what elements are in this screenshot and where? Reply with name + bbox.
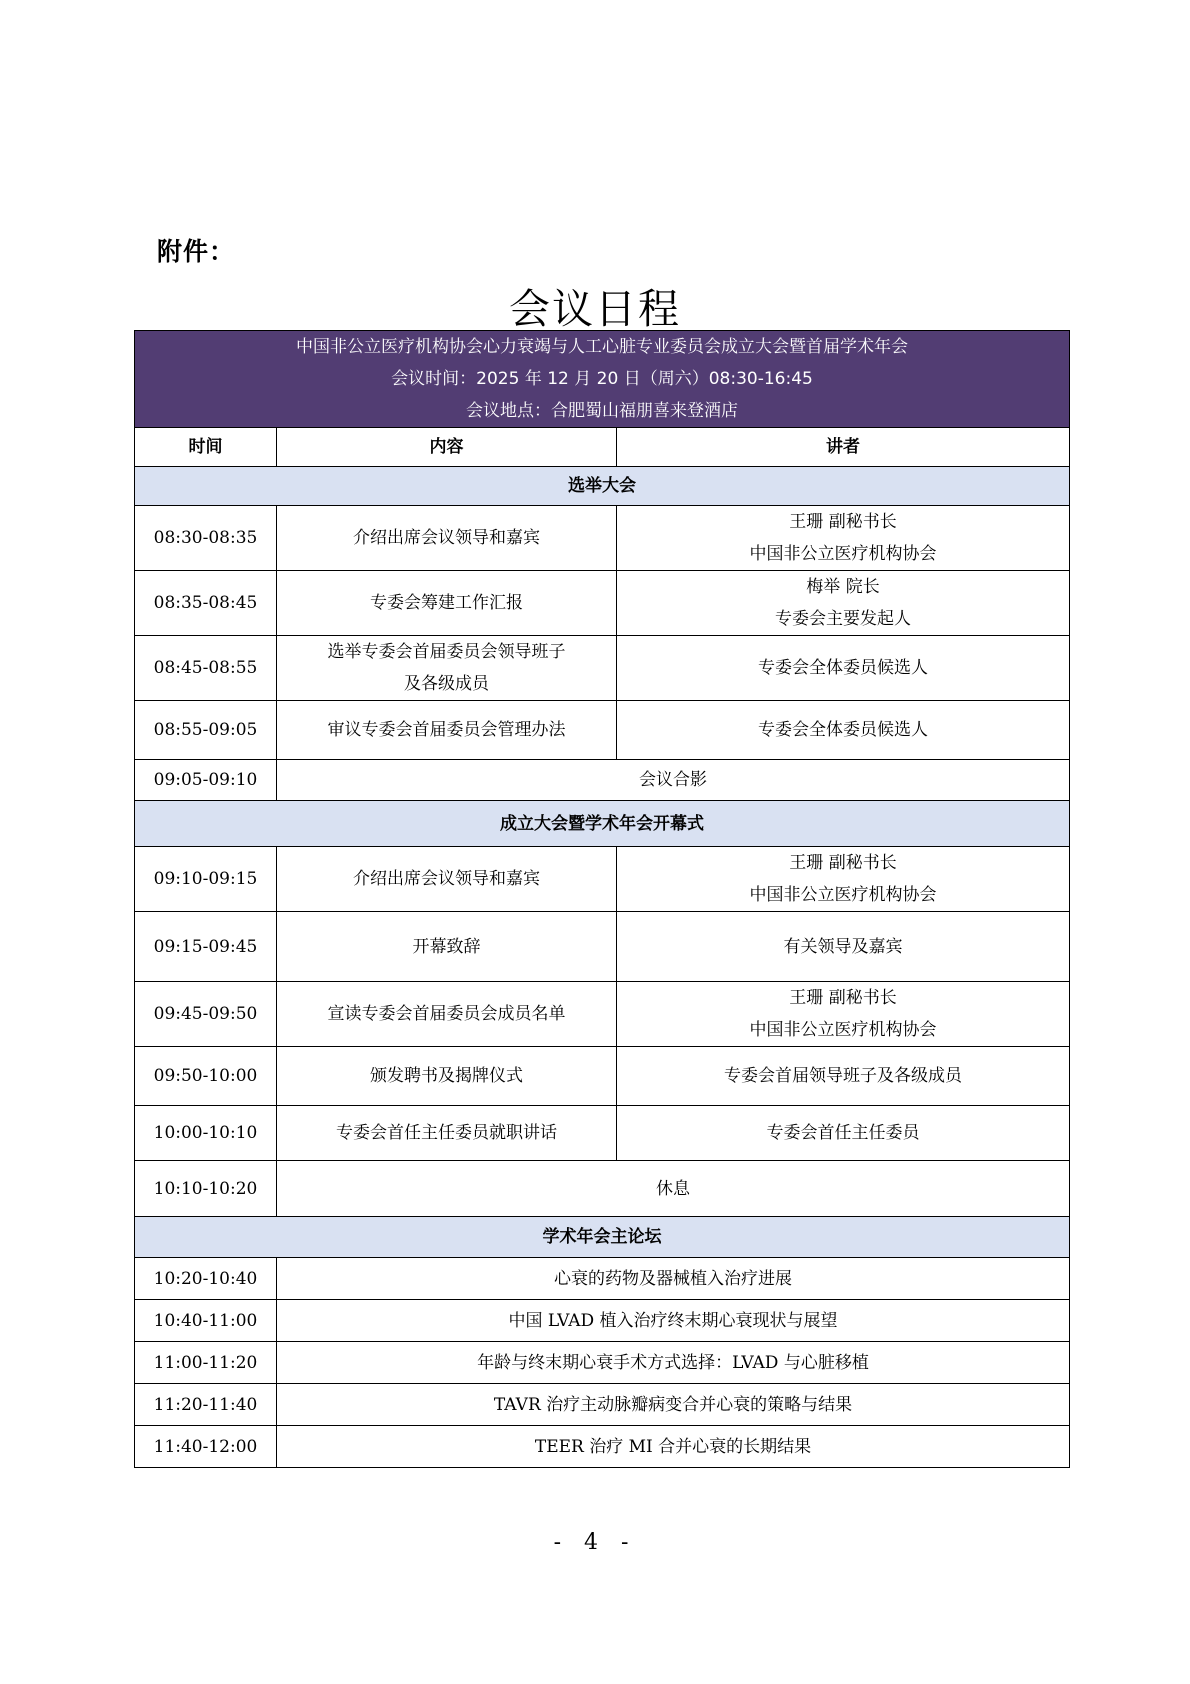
speaker-org: 中国非公立医疗机构协会 — [617, 879, 1069, 911]
time-cell: 10:40-11:00 — [135, 1300, 277, 1342]
speaker-text: 有关领导及嘉宾 — [617, 931, 1069, 963]
time-cell: 09:05-09:10 — [135, 760, 277, 801]
time-cell: 11:00-11:20 — [135, 1342, 277, 1384]
content-text: 专委会首任主任委员就职讲话 — [277, 1117, 616, 1149]
column-headers: 时间 内容 讲者 — [135, 428, 1070, 467]
section-title: 学术年会主论坛 — [135, 1217, 1070, 1258]
merged-content-cell: 休息 — [277, 1161, 1070, 1217]
content-cell: 专委会首任主任委员就职讲话 — [277, 1106, 617, 1161]
table-row: 10:00-10:10 专委会首任主任委员就职讲话 专委会首任主任委员 — [135, 1106, 1070, 1161]
column-header-speaker: 讲者 — [617, 428, 1070, 467]
content-cell: 选举专委会首届委员会领导班子及各级成员 — [277, 636, 617, 701]
speaker-cell: 王珊 副秘书长中国非公立医疗机构协会 — [617, 847, 1070, 912]
time-cell: 10:00-10:10 — [135, 1106, 277, 1161]
content-cell: 介绍出席会议领导和嘉宾 — [277, 847, 617, 912]
table-row: 11:00-11:20 年龄与终末期心衰手术方式选择：LVAD 与心脏移植 — [135, 1342, 1070, 1384]
table-row: 10:40-11:00 中国 LVAD 植入治疗终末期心衰现状与展望 — [135, 1300, 1070, 1342]
merged-content-cell: 会议合影 — [277, 760, 1070, 801]
column-header-content: 内容 — [277, 428, 617, 467]
speaker-cell: 专委会全体委员候选人 — [617, 636, 1070, 701]
time-cell: 10:10-10:20 — [135, 1161, 277, 1217]
table-row: 10:10-10:20 休息 — [135, 1161, 1070, 1217]
time-cell: 08:35-08:45 — [135, 571, 277, 636]
section-row: 成立大会暨学术年会开幕式 — [135, 801, 1070, 847]
speaker-text: 王珊 副秘书长 — [617, 506, 1069, 538]
speaker-cell: 梅举 院长专委会主要发起人 — [617, 571, 1070, 636]
table-row: 11:40-12:00 TEER 治疗 MI 合并心衰的长期结果 — [135, 1426, 1070, 1468]
page-number: - 4 - — [0, 1530, 1190, 1555]
content-text: 选举专委会首届委员会领导班子 — [277, 636, 616, 668]
speaker-cell: 王珊 副秘书长中国非公立医疗机构协会 — [617, 506, 1070, 571]
merged-content-cell: TAVR 治疗主动脉瓣病变合并心衰的策略与结果 — [277, 1384, 1070, 1426]
speaker-text: 王珊 副秘书长 — [617, 982, 1069, 1014]
time-cell: 08:45-08:55 — [135, 636, 277, 701]
content-text: 审议专委会首届委员会管理办法 — [277, 714, 616, 746]
speaker-text: 梅举 院长 — [617, 571, 1069, 603]
time-cell: 08:55-09:05 — [135, 701, 277, 760]
time-cell: 10:20-10:40 — [135, 1258, 277, 1300]
column-header-time: 时间 — [135, 428, 277, 467]
table-row: 09:15-09:45 开幕致辞 有关领导及嘉宾 — [135, 912, 1070, 982]
speaker-text: 王珊 副秘书长 — [617, 847, 1069, 879]
time-cell: 09:15-09:45 — [135, 912, 277, 982]
table-row: 11:20-11:40 TAVR 治疗主动脉瓣病变合并心衰的策略与结果 — [135, 1384, 1070, 1426]
section-row: 选举大会 — [135, 467, 1070, 506]
section-title: 选举大会 — [135, 467, 1070, 506]
content-cell: 宣读专委会首届委员会成员名单 — [277, 982, 617, 1047]
table-header-banner: 中国非公立医疗机构协会心力衰竭与人工心脏专业委员会成立大会暨首届学术年会 会议时… — [135, 331, 1070, 428]
time-cell: 09:50-10:00 — [135, 1047, 277, 1106]
merged-content-cell: 年龄与终末期心衰手术方式选择：LVAD 与心脏移植 — [277, 1342, 1070, 1384]
speaker-org: 专委会主要发起人 — [617, 603, 1069, 635]
speaker-text: 专委会首届领导班子及各级成员 — [617, 1060, 1069, 1092]
section-row: 学术年会主论坛 — [135, 1217, 1070, 1258]
content-cell: 介绍出席会议领导和嘉宾 — [277, 506, 617, 571]
speaker-cell: 专委会首任主任委员 — [617, 1106, 1070, 1161]
speaker-cell: 王珊 副秘书长中国非公立医疗机构协会 — [617, 982, 1070, 1047]
time-cell: 08:30-08:35 — [135, 506, 277, 571]
time-cell: 11:40-12:00 — [135, 1426, 277, 1468]
time-cell: 09:10-09:15 — [135, 847, 277, 912]
time-cell: 09:45-09:50 — [135, 982, 277, 1047]
content-text: 介绍出席会议领导和嘉宾 — [277, 863, 616, 895]
content-text: 颁发聘书及揭牌仪式 — [277, 1060, 616, 1092]
table-row: 09:05-09:10 会议合影 — [135, 760, 1070, 801]
table-row: 08:45-08:55 选举专委会首届委员会领导班子及各级成员 专委会全体委员候… — [135, 636, 1070, 701]
content-cell: 专委会筹建工作汇报 — [277, 571, 617, 636]
merged-content-cell: 心衰的药物及器械植入治疗进展 — [277, 1258, 1070, 1300]
content-text: 介绍出席会议领导和嘉宾 — [277, 522, 616, 554]
table-row: 08:35-08:45 专委会筹建工作汇报 梅举 院长专委会主要发起人 — [135, 571, 1070, 636]
table-row: 09:50-10:00 颁发聘书及揭牌仪式 专委会首届领导班子及各级成员 — [135, 1047, 1070, 1106]
schedule-table: 中国非公立医疗机构协会心力衰竭与人工心脏专业委员会成立大会暨首届学术年会 会议时… — [134, 330, 1070, 1468]
speaker-text: 专委会首任主任委员 — [617, 1117, 1069, 1149]
content-cell: 开幕致辞 — [277, 912, 617, 982]
merged-content-cell: TEER 治疗 MI 合并心衰的长期结果 — [277, 1426, 1070, 1468]
table-row: 09:10-09:15 介绍出席会议领导和嘉宾 王珊 副秘书长中国非公立医疗机构… — [135, 847, 1070, 912]
page-title: 会议日程 — [0, 276, 1190, 335]
content-text: 专委会筹建工作汇报 — [277, 587, 616, 619]
table-row: 08:30-08:35 介绍出席会议领导和嘉宾 王珊 副秘书长中国非公立医疗机构… — [135, 506, 1070, 571]
content-text: 宣读专委会首届委员会成员名单 — [277, 998, 616, 1030]
table-row: 08:55-09:05 审议专委会首届委员会管理办法 专委会全体委员候选人 — [135, 701, 1070, 760]
speaker-cell: 专委会全体委员候选人 — [617, 701, 1070, 760]
speaker-org: 中国非公立医疗机构协会 — [617, 1014, 1069, 1046]
speaker-cell: 有关领导及嘉宾 — [617, 912, 1070, 982]
speaker-text: 专委会全体委员候选人 — [617, 714, 1069, 746]
event-name: 中国非公立医疗机构协会心力衰竭与人工心脏专业委员会成立大会暨首届学术年会 — [135, 331, 1069, 363]
merged-content-cell: 中国 LVAD 植入治疗终末期心衰现状与展望 — [277, 1300, 1070, 1342]
content-cell: 审议专委会首届委员会管理办法 — [277, 701, 617, 760]
speaker-text: 专委会全体委员候选人 — [617, 652, 1069, 684]
table-row: 10:20-10:40 心衰的药物及器械植入治疗进展 — [135, 1258, 1070, 1300]
event-time: 会议时间：2025 年 12 月 20 日（周六）08:30-16:45 — [135, 363, 1069, 395]
table-row: 09:45-09:50 宣读专委会首届委员会成员名单 王珊 副秘书长中国非公立医… — [135, 982, 1070, 1047]
speaker-org: 中国非公立医疗机构协会 — [617, 538, 1069, 570]
time-cell: 11:20-11:40 — [135, 1384, 277, 1426]
speaker-cell: 专委会首届领导班子及各级成员 — [617, 1047, 1070, 1106]
section-title: 成立大会暨学术年会开幕式 — [135, 801, 1070, 847]
content-text: 及各级成员 — [277, 668, 616, 700]
content-cell: 颁发聘书及揭牌仪式 — [277, 1047, 617, 1106]
attachment-label: 附件： — [157, 232, 235, 268]
event-venue: 会议地点：合肥蜀山福朋喜来登酒店 — [135, 395, 1069, 427]
content-text: 开幕致辞 — [277, 931, 616, 963]
